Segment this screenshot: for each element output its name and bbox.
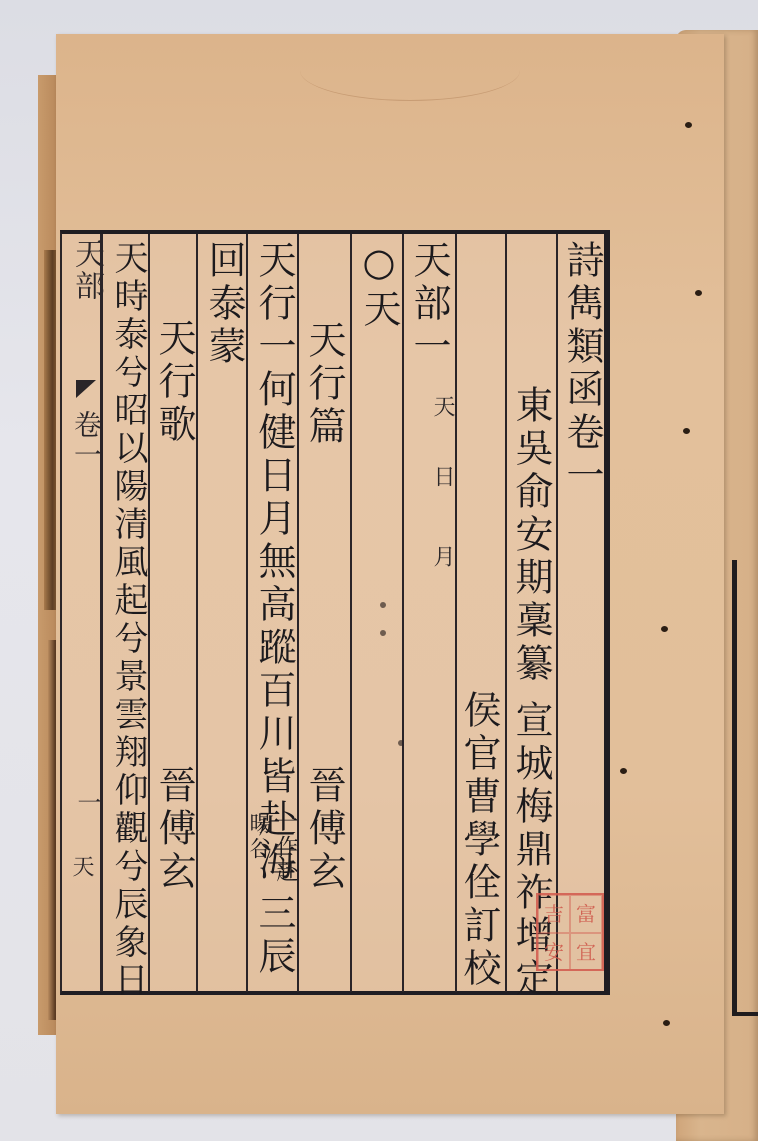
poem2-author: 晉傅玄 (150, 765, 198, 894)
fore-edge-page-number: 一 (70, 790, 105, 814)
section-heading: 天部一 (405, 240, 453, 369)
binding-hole (661, 626, 668, 632)
poem1-author: 晉傅玄 (300, 765, 348, 894)
seal-char: 吉 (538, 895, 570, 933)
binding-hole (695, 290, 702, 296)
seal-char: 富 (570, 895, 602, 933)
column-rule (350, 234, 352, 992)
poem2-text: 天時泰兮昭以陽清風起兮景雲翔仰觀兮辰象日 (104, 240, 152, 1000)
back-page-print-border (732, 560, 758, 1016)
proofreader-column: 侯官曹學佺訂校 (455, 690, 503, 991)
section-subitem-3: 月 (418, 545, 466, 607)
seal-char: 宜 (570, 933, 602, 971)
binding-hole (683, 428, 690, 434)
fore-edge-volume: 卷一 (66, 410, 106, 470)
poem2-title: 天行歌 (150, 318, 198, 447)
column-rule (101, 234, 103, 992)
poem1-annotation-left: 暘谷 (245, 812, 271, 862)
book-title-column: 詩雋類函卷一 (558, 240, 606, 498)
binding-hole (685, 122, 692, 128)
section-subitem-1: 天 (418, 395, 466, 457)
section-subitem-2: 日 (418, 465, 466, 527)
poem1-text: 天行一何健日月無高蹤百川皆赴海 (250, 240, 298, 885)
seal-char: 安 (538, 933, 570, 971)
binding-hole (663, 1020, 670, 1026)
binding-hole (620, 768, 627, 774)
fore-edge-strip (62, 234, 101, 992)
poem1-title: 天行篇 (300, 320, 348, 449)
fore-edge-category: 天 (66, 855, 97, 877)
entry-heading: ○天 (355, 240, 403, 332)
poem1-text-end: 回泰蒙 (200, 240, 248, 369)
page-crease (300, 40, 520, 101)
compiler-column: 東吳俞安期稾纂 (507, 385, 555, 686)
poem1-annotation-right: 一作赴 (272, 810, 298, 885)
fore-edge-section: 天部 (64, 238, 108, 302)
fishtail-mark (76, 380, 96, 398)
poem1-text-continued: 三辰 (250, 893, 298, 979)
column-rule (402, 234, 404, 992)
collector-seal: 吉 富 安 宜 (536, 893, 604, 971)
